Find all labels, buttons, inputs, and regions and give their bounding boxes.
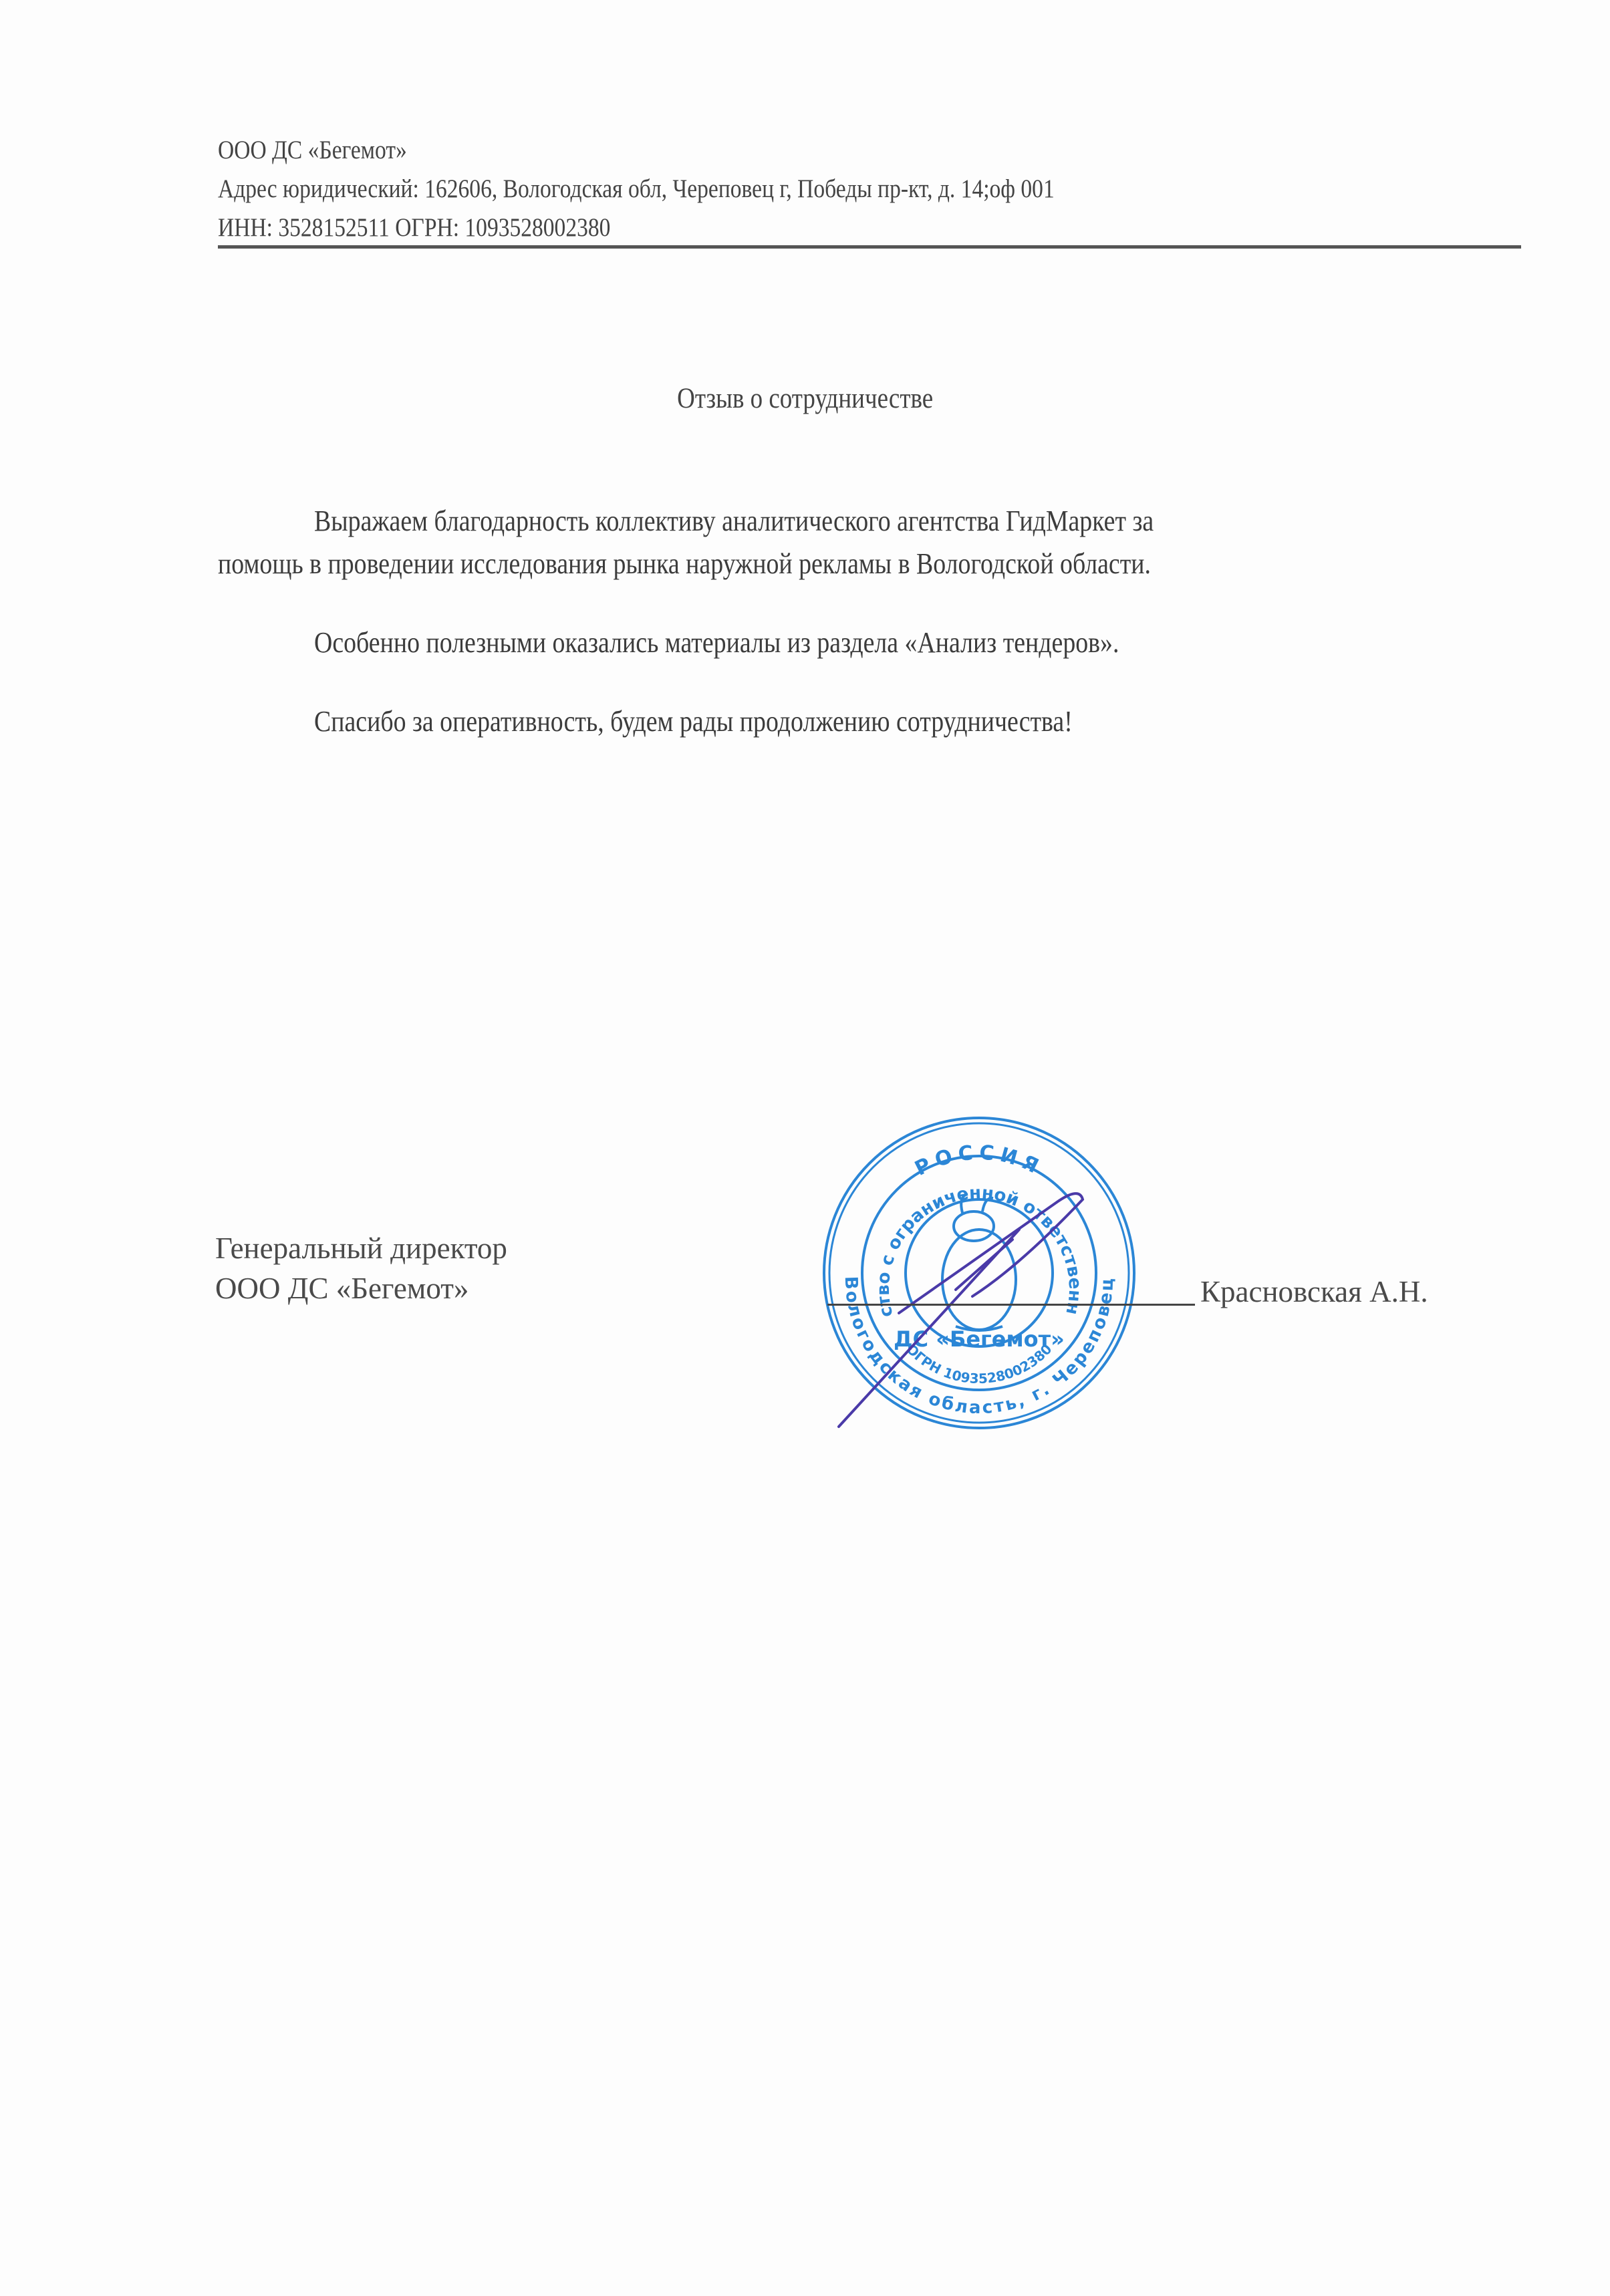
paragraph-3: Спасибо за оперативность, будем рады про… <box>314 700 1073 743</box>
document-title: Отзыв о сотрудничестве <box>0 382 1610 415</box>
letterhead-address: Адрес юридический: 162606, Вологодская о… <box>218 170 1055 208</box>
paragraph-2: Особенно полезными оказались материалы и… <box>314 621 1119 664</box>
letterhead-divider <box>218 245 1521 249</box>
signatory-block: Генеральный директор ООО ДС «Бегемот» <box>215 1228 507 1308</box>
svg-text:РОССИЯ: РОССИЯ <box>911 1141 1047 1180</box>
letterhead: ООО ДС «Бегемот» Адрес юридический: 1626… <box>218 131 1055 247</box>
signature-line <box>827 1304 1195 1306</box>
signatory-company: ООО ДС «Бегемот» <box>215 1268 507 1308</box>
document-page: ООО ДС «Бегемот» Адрес юридический: 1626… <box>0 0 1610 2296</box>
letterhead-registration: ИНН: 3528152511 ОГРН: 1093528002380 <box>218 208 1055 247</box>
paragraph-1-line-1: Выражаем благодарность коллективу аналит… <box>314 500 1154 543</box>
signatory-name: Красновская А.Н. <box>1200 1274 1428 1309</box>
signatory-position: Генеральный директор <box>215 1228 507 1268</box>
hippo-emblem-icon <box>942 1194 1016 1330</box>
paragraph-1-line-2: помощь в проведении исследования рынка н… <box>218 543 1151 585</box>
company-stamp: РОССИЯ Общество с ограниченной ответстве… <box>819 1113 1139 1433</box>
letterhead-company: ООО ДС «Бегемот» <box>218 131 1055 170</box>
